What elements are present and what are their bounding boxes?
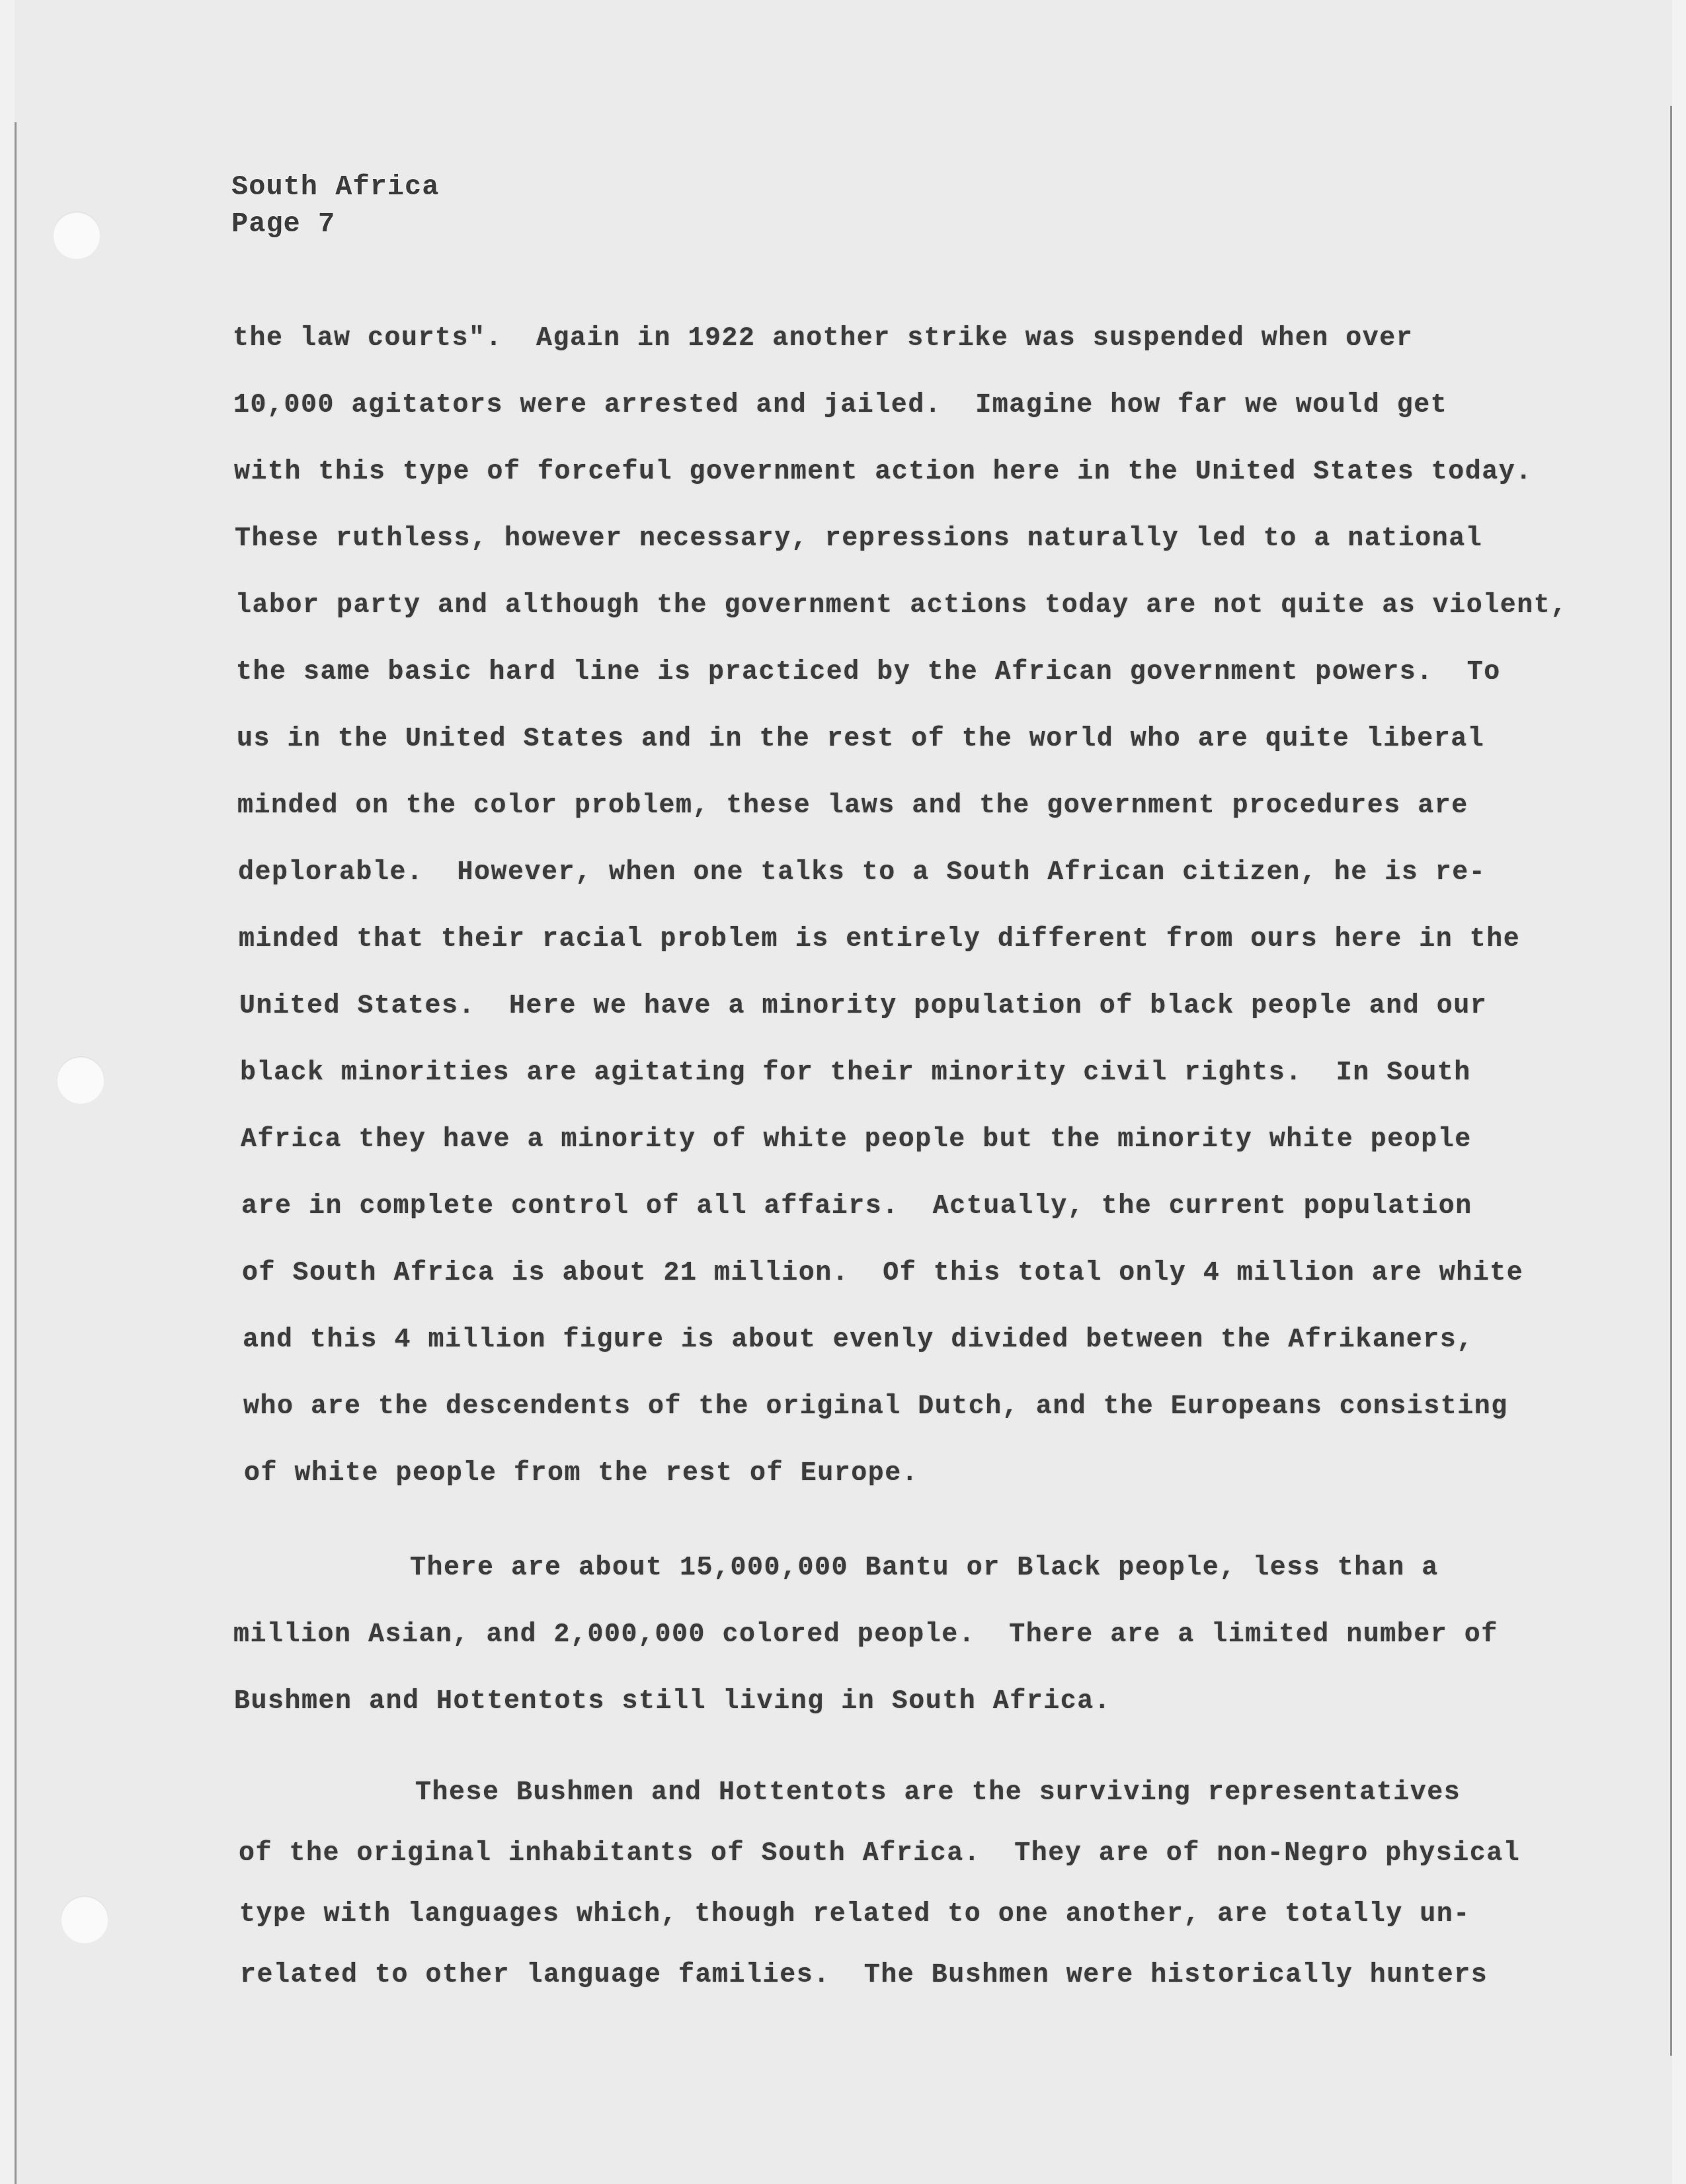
text-line: Bushmen and Hottentots still living in S… <box>234 1687 1111 1717</box>
text-line: of South Africa is about 21 million. Of … <box>242 1259 1523 1289</box>
text-line: us in the United States and in the rest … <box>237 724 1484 755</box>
text-line: deplorable. However, when one talks to a… <box>238 858 1486 888</box>
text-line: 10,000 agitators were arrested and jaile… <box>233 391 1447 421</box>
text-line: the same basic hard line is practiced by… <box>236 658 1501 688</box>
text-line: the law courts". Again in 1922 another s… <box>233 324 1413 354</box>
text-line: black minorities are agitating for their… <box>240 1058 1471 1089</box>
page-number: Page 7 <box>231 206 439 243</box>
punch-hole-middle <box>57 1056 104 1104</box>
text-line: million Asian, and 2,000,000 colored peo… <box>233 1620 1498 1650</box>
scan-margin-left <box>0 0 15 2184</box>
text-line: of white people from the rest of Europe. <box>244 1459 918 1489</box>
text-line: These ruthless, however necessary, repre… <box>235 524 1482 555</box>
document-title: South Africa <box>231 169 439 206</box>
text-line: United States. Here we have a minority p… <box>239 992 1487 1022</box>
text-line: related to other language families. The … <box>240 1961 1488 1990</box>
text-line: of the original inhabitants of South Afr… <box>239 1839 1520 1869</box>
text-line: and this 4 million figure is about evenl… <box>243 1325 1474 1356</box>
page-edge-left <box>15 122 17 2184</box>
text-line: There are about 15,000,000 Bantu or Blac… <box>410 1553 1439 1583</box>
punch-hole-top <box>53 212 100 259</box>
punch-hole-bottom <box>61 1896 108 1943</box>
text-line: Africa they have a minority of white peo… <box>241 1125 1472 1155</box>
text-line: are in complete control of all affairs. … <box>241 1192 1472 1222</box>
text-line: type with languages which, though relate… <box>239 1900 1470 1930</box>
text-line: These Bushmen and Hottentots are the sur… <box>415 1778 1461 1808</box>
scan-margin-right <box>1672 0 1686 2184</box>
text-line: with this type of forceful government ac… <box>234 457 1533 488</box>
text-line: minded that their racial problem is enti… <box>239 925 1520 955</box>
text-line: labor party and although the government … <box>235 591 1568 621</box>
text-line: who are the descendents of the original … <box>243 1392 1508 1423</box>
running-header: South Africa Page 7 <box>231 169 439 243</box>
text-line: minded on the color problem, these laws … <box>237 791 1468 822</box>
document-page: South Africa Page 7 the law courts". Aga… <box>0 0 1686 2184</box>
